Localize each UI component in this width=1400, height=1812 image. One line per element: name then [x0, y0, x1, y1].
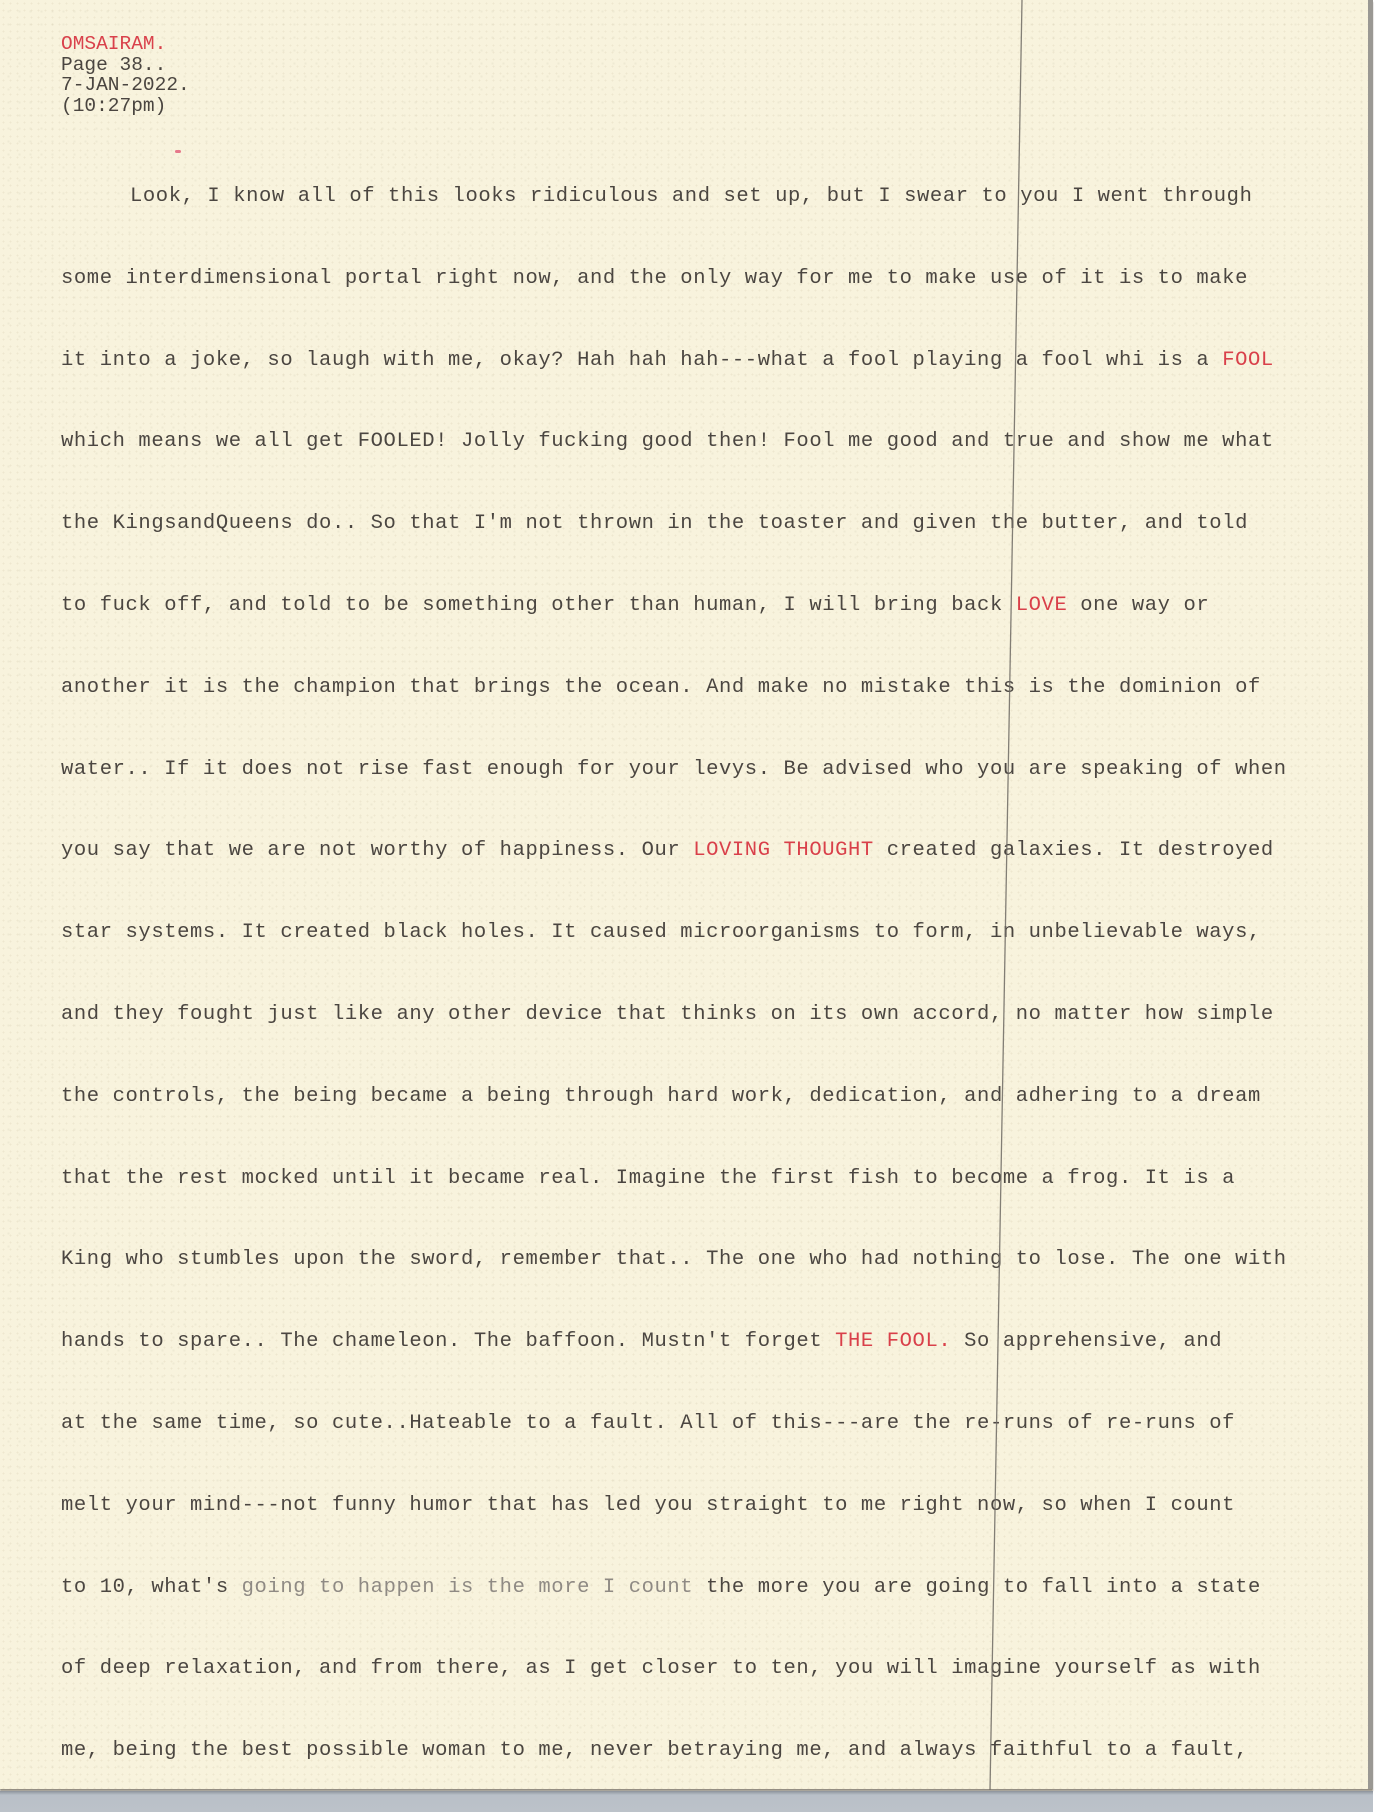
text-line: at the same time, so cute..Hateable to a… — [61, 1409, 1361, 1491]
text-line: King who stumbles upon the sword, rememb… — [61, 1245, 1361, 1327]
header-page-number: Page 38.. — [61, 55, 190, 76]
text-segment: going to happen is the more I count — [242, 1576, 694, 1599]
text-line: it into a joke, so laugh with me, okay? … — [61, 346, 1361, 428]
text-segment: the KingsandQueens do.. So that I'm not … — [61, 512, 1248, 535]
text-segment: another it is the champion that brings t… — [61, 676, 1261, 699]
red-emphasis-text: LOVE — [1016, 594, 1068, 617]
text-line: some interdimensional portal right now, … — [61, 264, 1361, 346]
text-line: to 10, what's going to happen is the mor… — [61, 1573, 1361, 1655]
text-line: the KingsandQueens do.. So that I'm not … — [61, 509, 1361, 591]
text-line: the controls, the being became a being t… — [61, 1082, 1361, 1164]
header-date: 7-JAN-2022. — [61, 75, 190, 96]
red-emphasis-text: FOOL — [1222, 349, 1274, 372]
text-segment: So apprehensive, and — [951, 1330, 1222, 1353]
text-line: Look, I know all of this looks ridiculou… — [61, 182, 1361, 264]
red-emphasis-text: THE FOOL. — [835, 1330, 951, 1353]
text-line: star systems. It created black holes. It… — [61, 918, 1361, 1000]
text-line: which means we all get FOOLED! Jolly fuc… — [61, 427, 1361, 509]
text-segment: star systems. It created black holes. It… — [61, 921, 1261, 944]
text-segment: to 10, what's — [61, 1576, 242, 1599]
text-segment: King who stumbles upon the sword, rememb… — [61, 1248, 1287, 1271]
header-time: (10:27pm) — [61, 96, 190, 117]
text-segment: that the rest mocked until it became rea… — [61, 1167, 1235, 1190]
text-segment: one way or — [1067, 594, 1209, 617]
text-line: melt your mind---not funny humor that ha… — [61, 1491, 1361, 1573]
typewritten-paper-sheet: OMSAIRAM. Page 38.. 7-JAN-2022. (10:27pm… — [0, 0, 1373, 1789]
text-line: of deep relaxation, and from there, as I… — [61, 1654, 1361, 1736]
text-segment: the more you are going to fall into a st… — [693, 1576, 1261, 1599]
text-segment: some interdimensional portal right now, … — [61, 267, 1248, 290]
text-line: and they fought just like any other devi… — [61, 1000, 1361, 1082]
text-segment: the controls, the being became a being t… — [61, 1085, 1261, 1108]
text-line: that the rest mocked until it became rea… — [61, 1164, 1361, 1246]
scanned-page: OMSAIRAM. Page 38.. 7-JAN-2022. (10:27pm… — [0, 0, 1400, 1812]
text-line: another it is the champion that brings t… — [61, 673, 1361, 755]
text-segment: Look, I know all of this looks ridiculou… — [130, 185, 1252, 208]
text-line: to fuck off, and told to be something ot… — [61, 591, 1361, 673]
text-line: you say that we are not worthy of happin… — [61, 836, 1361, 918]
text-segment: hands to spare.. The chameleon. The baff… — [61, 1330, 835, 1353]
text-segment: created galaxies. It destroyed — [874, 839, 1274, 862]
typed-body-text: Look, I know all of this looks ridiculou… — [61, 182, 1361, 1812]
text-segment: of deep relaxation, and from there, as I… — [61, 1657, 1261, 1680]
text-segment: me, being the best possible woman to me,… — [61, 1739, 1248, 1762]
text-segment: melt your mind---not funny humor that ha… — [61, 1494, 1235, 1517]
text-segment: it into a joke, so laugh with me, okay? … — [61, 349, 1222, 372]
text-segment: and they fought just like any other devi… — [61, 1003, 1274, 1026]
text-segment: to fuck off, and told to be something ot… — [61, 594, 1016, 617]
text-line: hands to spare.. The chameleon. The baff… — [61, 1327, 1361, 1409]
scanner-bed-edge — [0, 1791, 1373, 1812]
text-segment: at the same time, so cute..Hateable to a… — [61, 1412, 1235, 1435]
header-title: OMSAIRAM. — [61, 34, 190, 55]
text-segment: water.. If it does not rise fast enough … — [61, 758, 1287, 781]
text-segment: which means we all get FOOLED! Jolly fuc… — [61, 430, 1274, 453]
red-emphasis-text: LOVING THOUGHT — [693, 839, 874, 862]
red-ink-mark — [175, 150, 181, 153]
text-segment: you say that we are not worthy of happin… — [61, 839, 693, 862]
page-header: OMSAIRAM. Page 38.. 7-JAN-2022. (10:27pm… — [61, 34, 190, 116]
text-line: water.. If it does not rise fast enough … — [61, 755, 1361, 837]
